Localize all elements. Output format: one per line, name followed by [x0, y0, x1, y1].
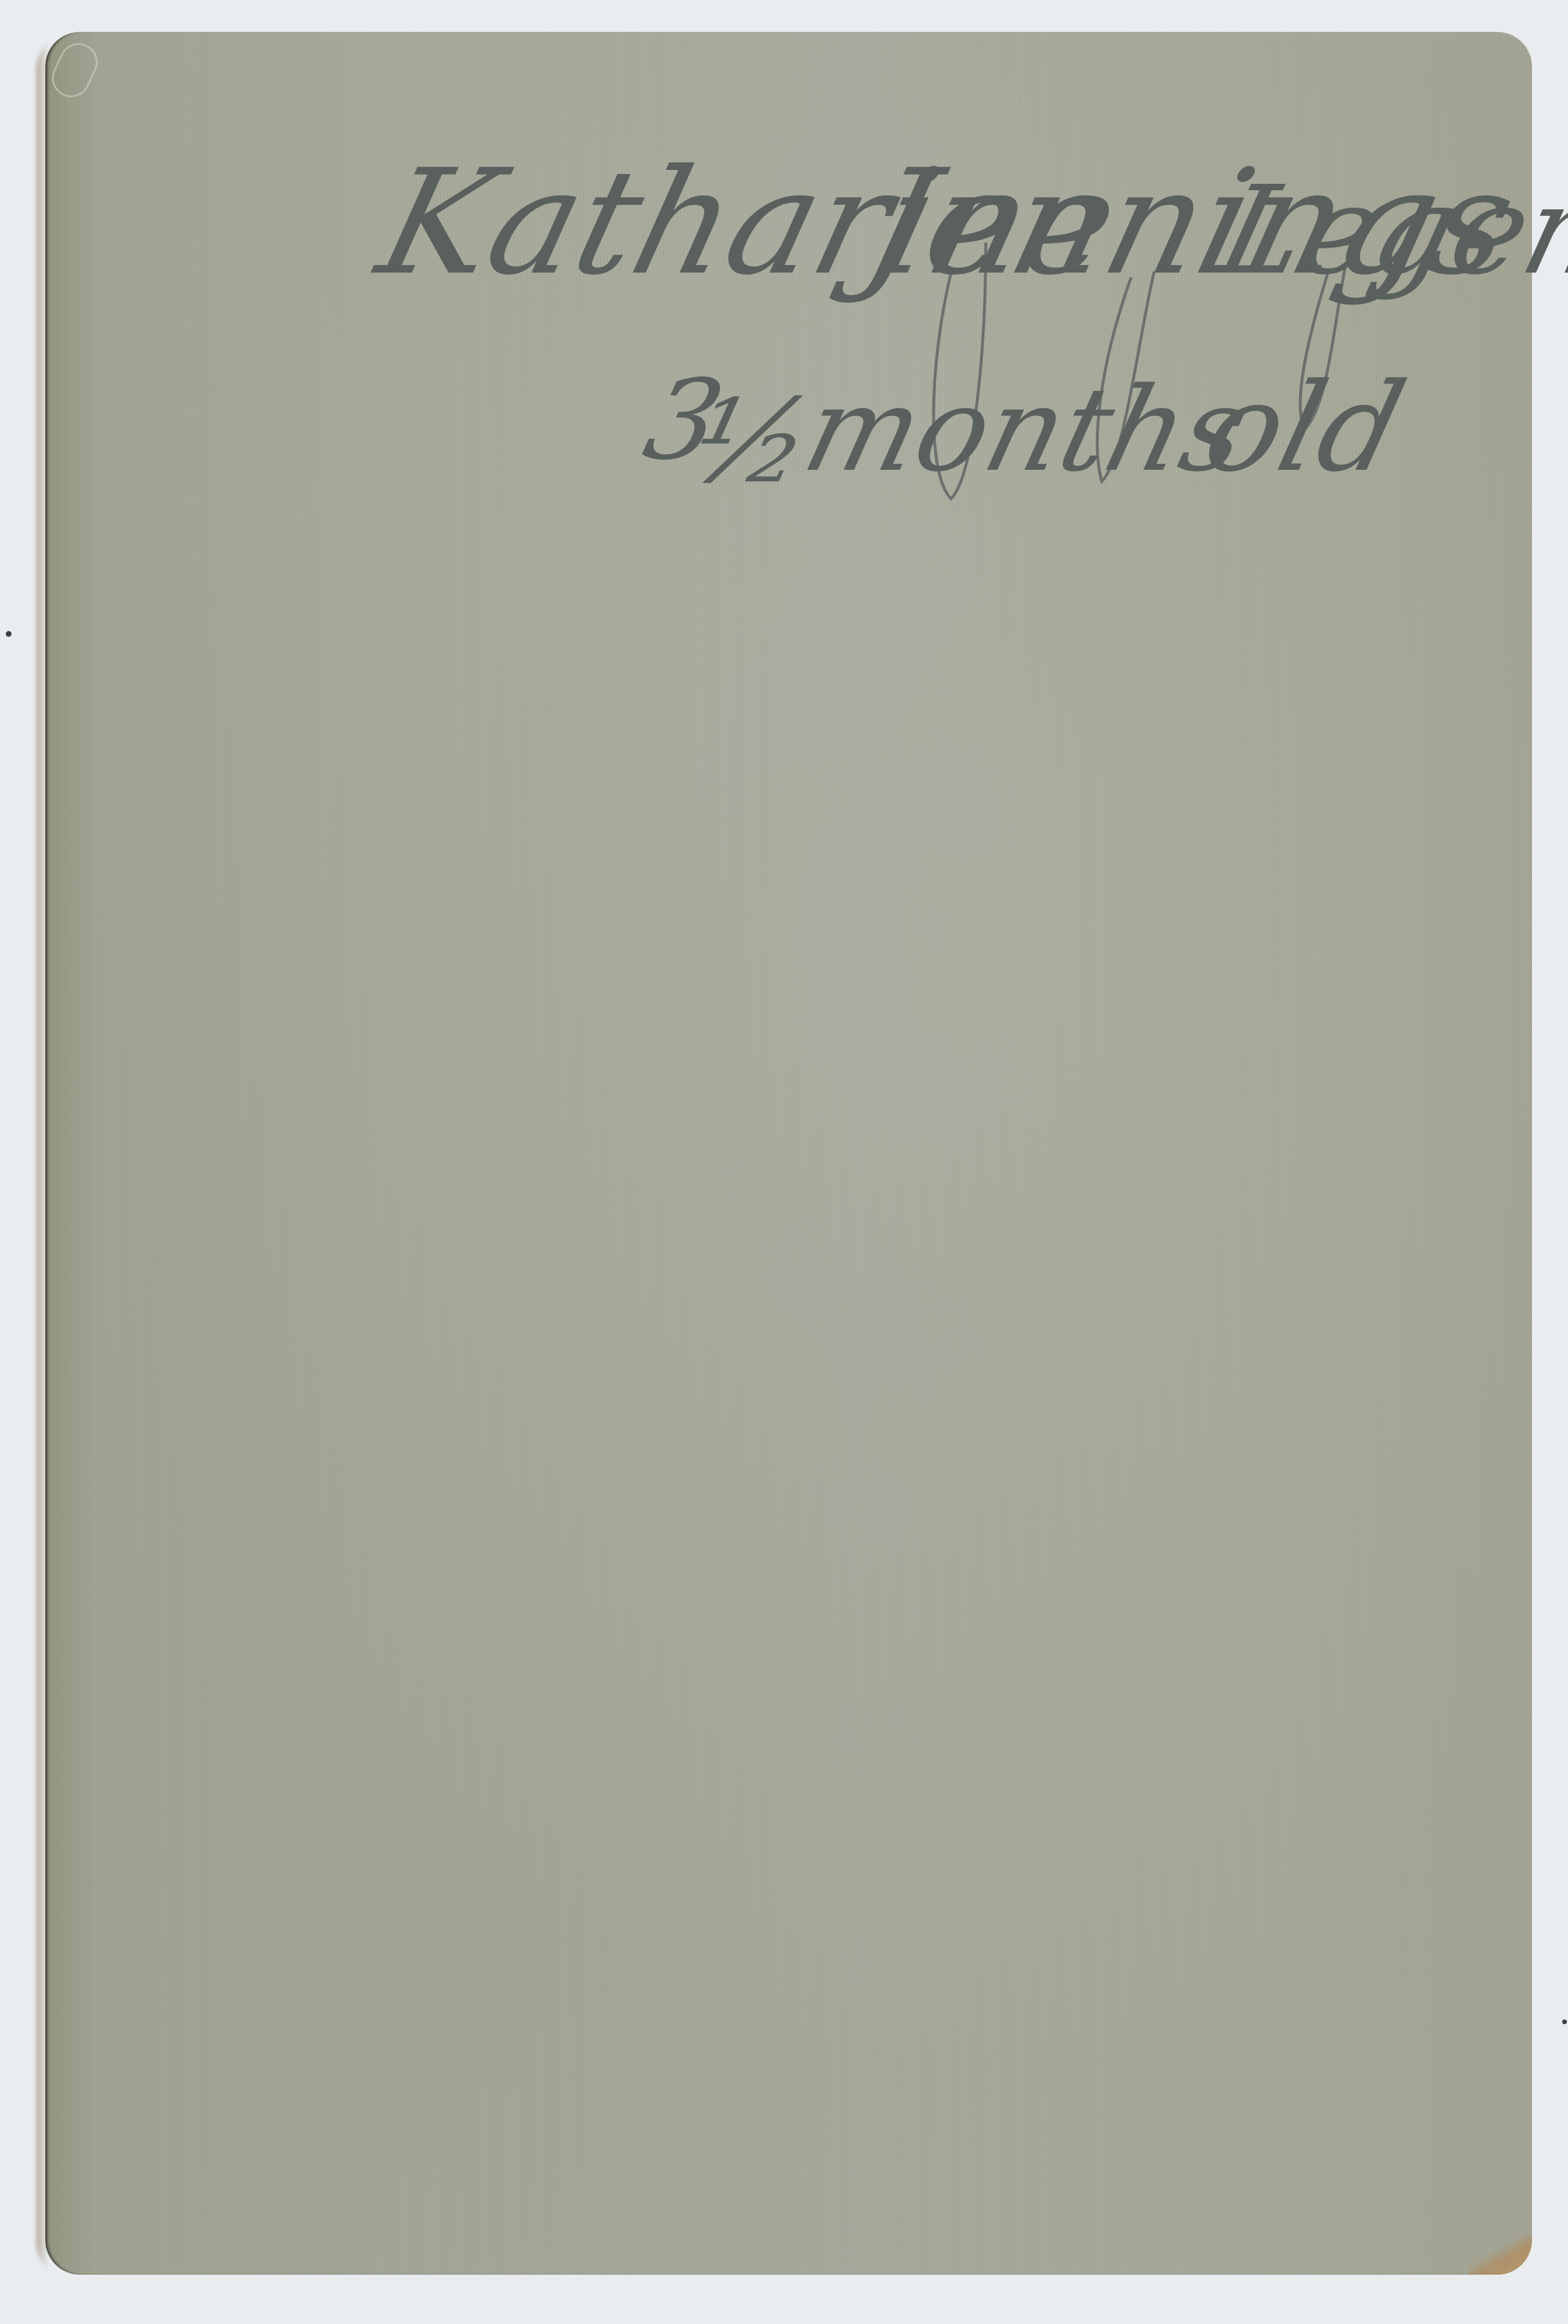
- dust-speck: [1562, 2020, 1567, 2024]
- corner-wear-bottom-right: [1468, 2234, 1532, 2275]
- handwritten-inscription: Katharine Jennings Legendre. 3 ½ months …: [0, 0, 1568, 580]
- dust-speck: [6, 631, 12, 637]
- age-old: old: [1192, 357, 1418, 499]
- name-last: Legendre.: [1204, 160, 1568, 302]
- age-unit: months: [792, 362, 1261, 497]
